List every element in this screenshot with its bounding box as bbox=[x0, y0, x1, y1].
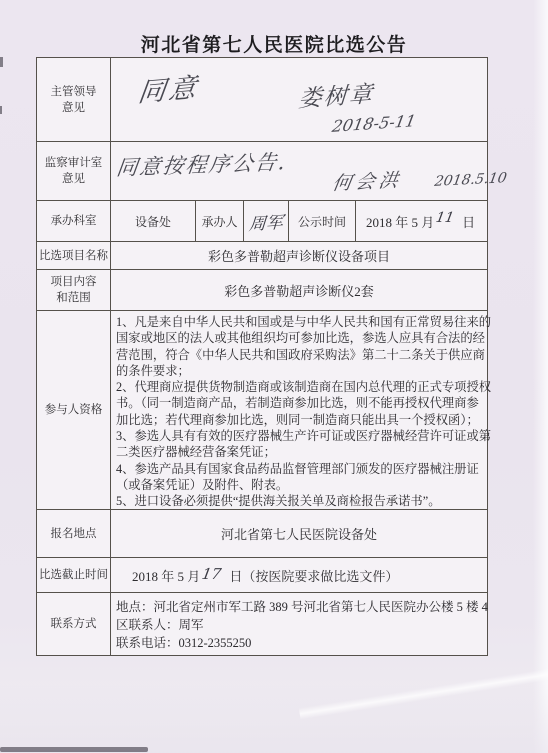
qualification-line: （或备案凭证）及附件、附表。 bbox=[116, 477, 491, 493]
publish-date-cell: 2018 年 5 月 11 日 bbox=[356, 201, 487, 241]
leader-opinion-label: 主管领导 意见 bbox=[37, 58, 111, 141]
handler-person-handwriting: 周军 bbox=[248, 207, 284, 234]
row-qualification: 参与人资格 1、凡是来自中华人民共和国或是与中华人民共和国有正常贸易往来的 国家… bbox=[37, 311, 487, 510]
handler-person-signature-cell: 周军 bbox=[244, 201, 289, 241]
publish-time-label: 公示时间 bbox=[289, 201, 356, 241]
leader-opinion-label-line2: 意见 bbox=[62, 100, 85, 116]
row-deadline: 比选截止时间 2018 年 5 月 17 日（按医院要求做比选文件） bbox=[37, 558, 487, 593]
register-label: 报名地点 bbox=[51, 526, 97, 542]
audit-note-handwriting: 同意按程序公告. bbox=[115, 146, 289, 182]
audit-signature-date-handwriting: 2018.5.10 bbox=[433, 170, 508, 190]
qualification-line: 二类医疗器械经营备案凭证； bbox=[116, 444, 491, 460]
deadline-day-handwriting: 17 bbox=[201, 565, 223, 583]
scanned-page: 河北省第七人民医院比选公告 主管领导 意见 同意 娄树章 2018-5-11 监… bbox=[0, 0, 548, 753]
project-name-label: 比选项目名称 bbox=[39, 248, 108, 264]
deadline-value: 2018 年 5 月 17 日（按医院要求做比选文件） bbox=[111, 558, 487, 592]
contact-label: 联系方式 bbox=[51, 616, 97, 632]
page-title: 河北省第七人民医院比选公告 bbox=[0, 30, 548, 57]
scope-label-cell: 项目内容 和范围 bbox=[37, 270, 111, 310]
handler-dept-label: 承办科室 bbox=[51, 213, 97, 229]
scope-value: 彩色多普勒超声诊断仪2套 bbox=[111, 270, 487, 310]
publish-date-day-handwriting: 11 bbox=[435, 210, 456, 226]
deadline-date-prefix: 2018 年 5 月 bbox=[132, 566, 200, 585]
register-value: 河北省第七人民医院设备处 bbox=[111, 510, 487, 557]
scan-left-edge-speck bbox=[0, 57, 3, 67]
qualification-line: 5、进口设备必须提供“提供海关报关单及商检报告承诺书”。 bbox=[116, 493, 491, 509]
audit-signature-handwriting: 何会洪 bbox=[331, 165, 405, 196]
leader-approval-handwriting: 同意 bbox=[136, 65, 202, 109]
scope-label-line2: 和范围 bbox=[56, 290, 91, 306]
row-register-location: 报名地点 河北省第七人民医院设备处 bbox=[37, 510, 487, 558]
qualification-line: 加比选；若代理商参加比选，则同一制造商只能出具一个授权函）； bbox=[116, 412, 491, 428]
row-scope: 项目内容 和范围 彩色多普勒超声诊断仪2套 bbox=[37, 270, 487, 311]
scan-left-edge-speck bbox=[0, 106, 2, 114]
qualification-line: 国家或地区的法人或其他组织均可参加比选，参选人应具有合法的经 bbox=[116, 330, 491, 346]
leader-opinion-label-line1: 主管领导 bbox=[51, 84, 97, 100]
contact-text: 地点：河北省定州市军工路 389 号河北省第七人民医院办公楼 5 楼 4 区联系… bbox=[111, 593, 492, 655]
qualification-line: 3、参选人具有有效的医疗器械生产许可证或医疗器械经营许可证或第 bbox=[116, 428, 491, 444]
qualification-line: 4、参选产品具有国家食品药品监督管理部门颁发的医疗器械注册证 bbox=[116, 461, 491, 477]
row-project-name: 比选项目名称 彩色多普勒超声诊断仪设备项目 bbox=[37, 242, 487, 270]
scan-right-edge-band bbox=[533, 0, 548, 753]
qualification-line: 2、代理商应提供货物制造商或该制造商在国内总代理的正式专项授权 bbox=[116, 379, 491, 395]
leader-signature-handwriting: 娄树章 bbox=[298, 75, 376, 113]
project-name-value: 彩色多普勒超声诊断仪设备项目 bbox=[111, 242, 487, 269]
deadline-date-suffix: 日（按医院要求做比选文件） bbox=[229, 566, 398, 585]
contact-phone-line: 联系电话：0312-2355250 bbox=[116, 634, 488, 652]
register-label-cell: 报名地点 bbox=[37, 510, 111, 557]
announcement-table: 主管领导 意见 同意 娄树章 2018-5-11 监察审计室 意见 同意按程序公… bbox=[36, 57, 488, 656]
qualification-line: 营范围，符合《中华人民共和国政府采购法》第二十二条关于供应商 bbox=[116, 347, 491, 363]
qualification-line: 书。（同一制造商产品，若制造商参加比选，则不能再授权代理商参 bbox=[116, 395, 491, 411]
deadline-label: 比选截止时间 bbox=[39, 567, 108, 583]
row-leader-opinion: 主管领导 意见 同意 娄树章 2018-5-11 bbox=[37, 58, 487, 142]
leader-opinion-content: 同意 娄树章 2018-5-11 bbox=[111, 58, 487, 141]
audit-opinion-content: 同意按程序公告. 何会洪 2018.5.10 bbox=[111, 142, 487, 200]
audit-opinion-label: 监察审计室 意见 bbox=[37, 142, 111, 200]
publish-date-prefix: 2018 年 5 月 bbox=[366, 212, 434, 231]
handler-dept-value: 设备处 bbox=[111, 201, 196, 241]
handler-dept-label-cell: 承办科室 bbox=[37, 201, 111, 241]
row-handler: 承办科室 设备处 承办人 周军 公示时间 2018 年 5 月 11 日 bbox=[37, 201, 487, 242]
contact-address-line: 地点：河北省定州市军工路 389 号河北省第七人民医院办公楼 5 楼 4 bbox=[116, 598, 488, 616]
row-audit-opinion: 监察审计室 意见 同意按程序公告. 何会洪 2018.5.10 bbox=[37, 142, 487, 201]
contact-label-cell: 联系方式 bbox=[37, 593, 111, 655]
audit-opinion-label-line1: 监察审计室 bbox=[45, 155, 103, 171]
row-contact: 联系方式 地点：河北省定州市军工路 389 号河北省第七人民医院办公楼 5 楼 … bbox=[37, 593, 487, 655]
project-name-label-cell: 比选项目名称 bbox=[37, 242, 111, 269]
leader-signature-date-handwriting: 2018-5-11 bbox=[331, 111, 418, 136]
qualification-label: 参与人资格 bbox=[45, 402, 103, 418]
handler-person-label: 承办人 bbox=[196, 201, 244, 241]
scope-label-line1: 项目内容 bbox=[51, 274, 97, 290]
deadline-label-cell: 比选截止时间 bbox=[37, 558, 111, 592]
qualification-label-cell: 参与人资格 bbox=[37, 311, 111, 509]
scan-bottom-edge-artifact bbox=[0, 747, 148, 752]
qualification-line: 的条件要求； bbox=[116, 363, 491, 379]
contact-person-line: 区联系人：周军 bbox=[116, 616, 488, 634]
qualification-text: 1、凡是来自中华人民共和国或是与中华人民共和国有正常贸易往来的 国家或地区的法人… bbox=[111, 311, 495, 509]
publish-date-suffix: 日 bbox=[462, 212, 475, 231]
qualification-line: 1、凡是来自中华人民共和国或是与中华人民共和国有正常贸易往来的 bbox=[116, 314, 491, 330]
audit-opinion-label-line2: 意见 bbox=[62, 171, 85, 187]
